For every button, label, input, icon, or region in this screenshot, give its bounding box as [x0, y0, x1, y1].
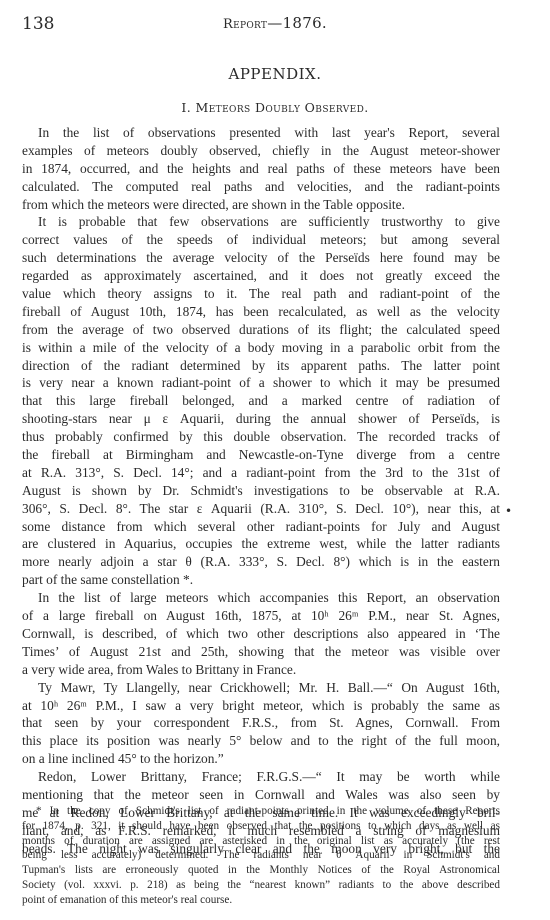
- body-line: on a line inclined 45° to the horizon.”: [22, 750, 500, 768]
- body-line: such determinations the average velocity…: [22, 249, 500, 267]
- body-line: direction of the radiant determined by i…: [22, 357, 500, 375]
- body-line: of a large fireball on August 16th, 1875…: [22, 607, 500, 625]
- body-line: Redon, Lower Brittany, France; F.R.G.S.—…: [22, 768, 500, 786]
- body-line: In the list of observations presented wi…: [22, 124, 500, 142]
- running-head-title: Report: [223, 17, 267, 32]
- body-line: examples of meteors doubly observed, chi…: [22, 142, 500, 160]
- footnote-line: months of duration are assigned are aste…: [22, 834, 500, 849]
- body-line: Times’ of August 21st and 25th, showing …: [22, 643, 500, 661]
- footnote-line: Tupman's lists are erroneously quoted in…: [22, 863, 500, 878]
- section-heading: I. Meteors Doubly Observed.: [0, 100, 550, 115]
- body-line: 306°, S. Decl. 8°. The star ε Aquarii (R…: [22, 500, 500, 518]
- body-line: from which the meteors were directed, ar…: [22, 196, 500, 214]
- body-line: correct values of the speeds of individu…: [22, 231, 500, 249]
- body-line: more nearly adjoin a star θ (R.A. 333°, …: [22, 553, 500, 571]
- body-line: at R.A. 313°, S. Decl. 14°; and a radian…: [22, 464, 500, 482]
- document-page: 138 Report—1876. APPENDIX. I. Meteors Do…: [0, 0, 550, 920]
- body-line: are clustered in Aquarius, occupies the …: [22, 535, 500, 553]
- body-line: August is shown by Dr. Schmidt's investi…: [22, 482, 500, 500]
- footnote-line: being less accurately) determined. The r…: [22, 848, 500, 863]
- body-line: fireball of August 10th, 1874, has been …: [22, 303, 500, 321]
- running-head: Report—1876.: [0, 14, 550, 32]
- footnote-line: * In the copy of Schmidt's list of radia…: [22, 804, 500, 819]
- body-line: a very wide area, from Wales to Brittany…: [22, 661, 500, 679]
- footnote-line: point of emanation of this meteor's real…: [22, 893, 500, 908]
- body-line: some distance from which several other r…: [22, 518, 500, 536]
- body-text: In the list of observations presented wi…: [22, 124, 500, 858]
- margin-dot: •: [505, 504, 512, 518]
- body-line: Ty Mawr, Ty Llangelly, near Crickhowell;…: [22, 679, 500, 697]
- body-line: from the average of two observed duratio…: [22, 321, 500, 339]
- footnote-line: Society (vol. xxxvi. p. 218) as being th…: [22, 878, 500, 893]
- body-line: value which theory assigns to it. The re…: [22, 285, 500, 303]
- body-line: in 1874, occurred, and the heights and r…: [22, 160, 500, 178]
- body-line: mentioning that the meteor seen in Cornw…: [22, 786, 500, 804]
- body-line: the fireball at Birmingham and Newcastle…: [22, 446, 500, 464]
- body-line: part of the same constellation *.: [22, 571, 500, 589]
- body-line: In the list of large meteors which accom…: [22, 589, 500, 607]
- body-line: is very near a known radiant-point of a …: [22, 374, 500, 392]
- body-line: thus probably confirmed by this double o…: [22, 428, 500, 446]
- running-head-year: —1876.: [267, 14, 327, 32]
- body-line: regarded as approximately ascertained, a…: [22, 267, 500, 285]
- body-line: that seen by your correspondent F.R.S., …: [22, 714, 500, 732]
- body-line: is within a mile of the velocity of a bo…: [22, 339, 500, 357]
- footnote-line: for 1874, p. 321, it should have been ob…: [22, 819, 500, 834]
- body-line: shooting-stars near μ ε Aquarii, during …: [22, 410, 500, 428]
- body-line: calculated. The computed real paths and …: [22, 178, 500, 196]
- appendix-title: APPENDIX.: [0, 65, 550, 83]
- body-line: this place its position was nearly 5° be…: [22, 732, 500, 750]
- body-line: that this large fireball belonged, and a…: [22, 392, 500, 410]
- footnote: * In the copy of Schmidt's list of radia…: [22, 804, 500, 908]
- body-line: It is probable that few observations are…: [22, 213, 500, 231]
- body-line: at 10ʰ 26ᵐ P.M., I saw a very bright met…: [22, 697, 500, 715]
- body-line: Cornwall, is described, of which two oth…: [22, 625, 500, 643]
